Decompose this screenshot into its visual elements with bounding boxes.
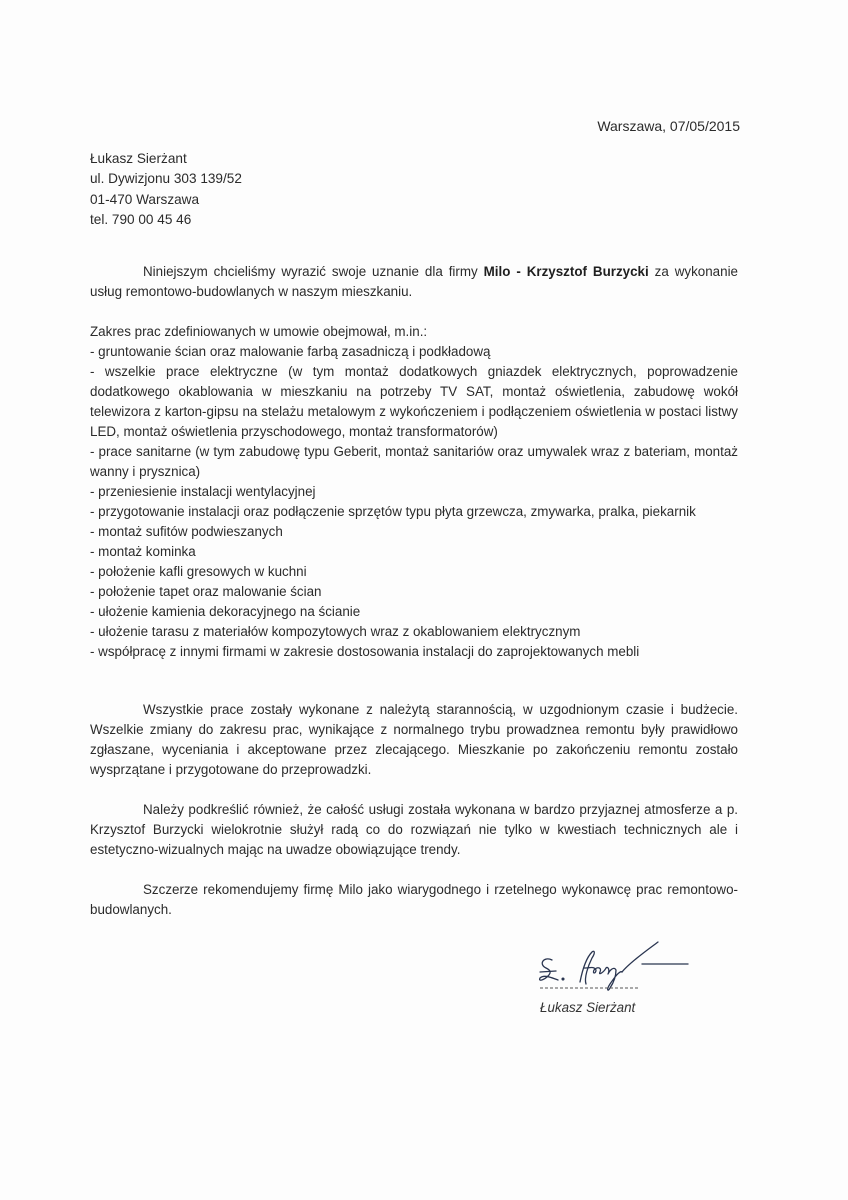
- quality-paragraph: Wszystkie prace zostały wykonane z należ…: [90, 700, 738, 780]
- atmosphere-paragraph: Należy podkreślić również, że całość usł…: [90, 800, 738, 860]
- intro-text-before: Niniejszym chcieliśmy wyrazić swoje uzna…: [143, 264, 484, 279]
- date-line: Warszawa, 07/05/2015: [597, 116, 740, 136]
- signature-printed-name: Łukasz Sierżant: [540, 998, 635, 1018]
- scope-item: - ułożenie tarasu z materiałów kompozyto…: [90, 622, 738, 642]
- recommendation-paragraph: Szczerze rekomendujemy firmę Milo jako w…: [90, 880, 738, 920]
- scope-item: - położenie tapet oraz malowanie ścian: [90, 582, 738, 602]
- letter-body: Niniejszym chcieliśmy wyrazić swoje uzna…: [90, 262, 738, 920]
- scope-item: - ułożenie kamienia dekoracyjnego na ści…: [90, 602, 738, 622]
- signature-block: Łukasz Sierżant: [530, 938, 700, 1028]
- scope-list: - gruntowanie ścian oraz malowanie farbą…: [90, 342, 738, 662]
- scope-item: - wszelkie prace elektryczne (w tym mont…: [90, 362, 738, 442]
- scope-item: - przeniesienie instalacji wentylacyjnej: [90, 482, 738, 502]
- sender-street: ul. Dywizjonu 303 139/52: [90, 169, 242, 189]
- scope-item: - montaż kominka: [90, 542, 738, 562]
- sender-postal-city: 01-470 Warszawa: [90, 190, 242, 210]
- scope-item: - współpracę z innymi firmami w zakresie…: [90, 642, 738, 662]
- sender-phone: tel. 790 00 45 46: [90, 210, 242, 230]
- scope-item: - gruntowanie ścian oraz malowanie farbą…: [90, 342, 738, 362]
- scope-item: - przygotowanie instalacji oraz podłącze…: [90, 502, 738, 522]
- handwritten-signature-icon: [530, 938, 700, 998]
- letter-page: Warszawa, 07/05/2015 Łukasz Sierżant ul.…: [0, 0, 848, 1200]
- intro-paragraph: Niniejszym chcieliśmy wyrazić swoje uzna…: [90, 262, 738, 302]
- sender-address-block: Łukasz Sierżant ul. Dywizjonu 303 139/52…: [90, 149, 242, 230]
- sender-name: Łukasz Sierżant: [90, 149, 242, 169]
- scope-item: - położenie kafli gresowych w kuchni: [90, 562, 738, 582]
- scope-item: - montaż sufitów podwieszanych: [90, 522, 738, 542]
- company-name: Milo - Krzysztof Burzycki: [484, 264, 649, 279]
- scope-title: Zakres prac zdefiniowanych w umowie obej…: [90, 322, 738, 342]
- scope-item: - prace sanitarne (w tym zabudowę typu G…: [90, 442, 738, 482]
